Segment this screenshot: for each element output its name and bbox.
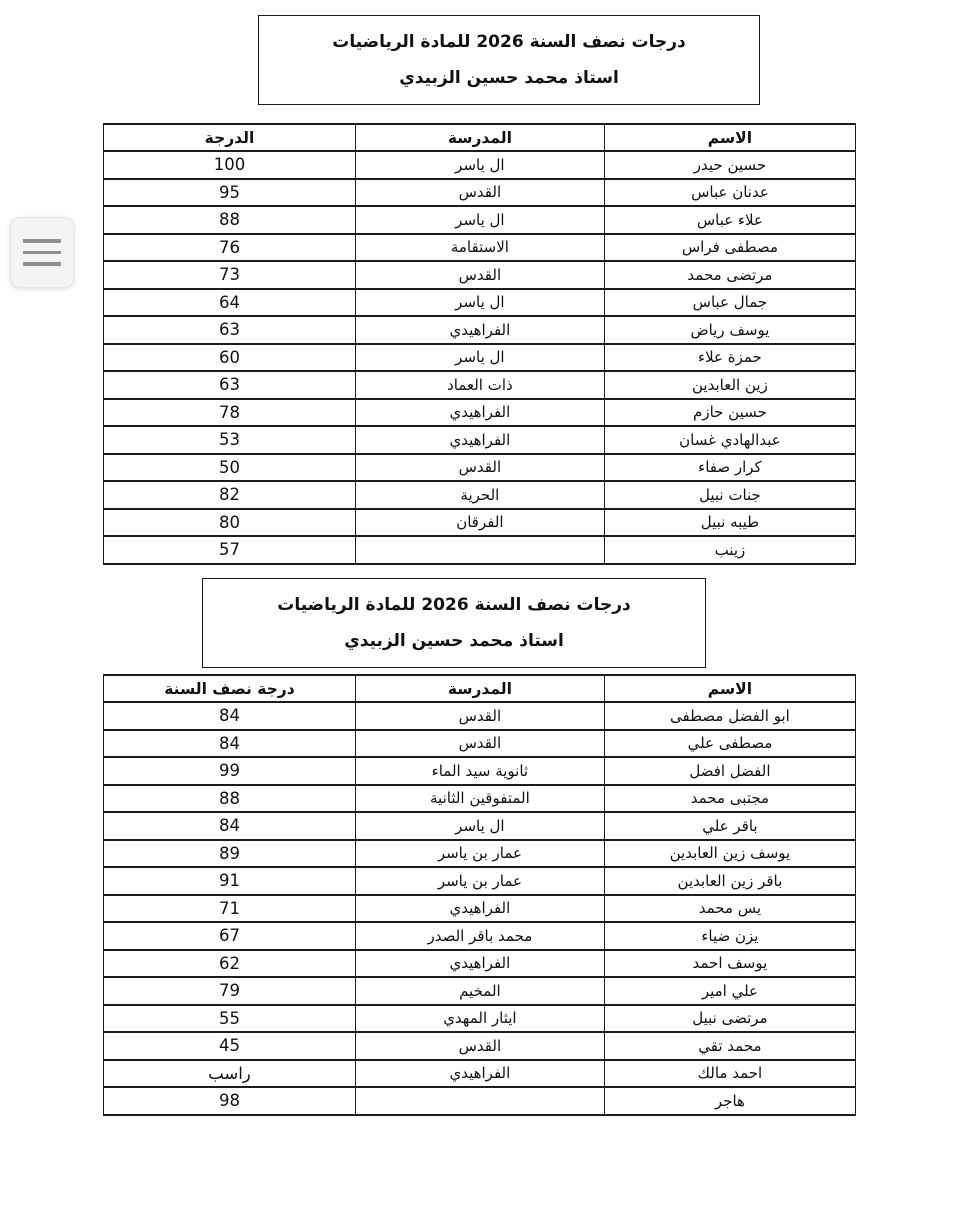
student-name-cell: ابو الفضل مصطفى — [604, 702, 855, 730]
grade-cell: 91 — [104, 867, 356, 895]
table-row: جنات نبيل الحرية 82 — [104, 481, 856, 509]
student-name-cell: حمزة علاء — [604, 344, 855, 372]
grades-table-2: الاسم المدرسة درجة نصف السنة ابو الفضل م… — [103, 674, 856, 1116]
student-name-cell: عبدالهادي غسان — [604, 426, 855, 454]
school-cell: الفراهيدي — [355, 399, 604, 427]
grade-cell: 78 — [104, 399, 356, 427]
school-cell: الفراهيدي — [355, 950, 604, 978]
student-name-cell: حسين حازم — [604, 399, 855, 427]
table-row: جمال عباس ال ياسر 64 — [104, 289, 856, 317]
school-cell — [355, 536, 604, 564]
grade-cell: 57 — [104, 536, 356, 564]
school-cell: القدس — [355, 702, 604, 730]
grade-cell: 73 — [104, 261, 356, 289]
grade-cell: 53 — [104, 426, 356, 454]
school-cell: ثانوية سيد الماء — [355, 757, 604, 785]
grade-cell: 84 — [104, 812, 356, 840]
student-name-cell: عدنان عباس — [604, 179, 855, 207]
student-name-cell: كرار صفاء — [604, 454, 855, 482]
grade-cell: 84 — [104, 730, 356, 758]
table-row: زين العابدين ذات العماد 63 — [104, 371, 856, 399]
table-row: علي امير المخيم 79 — [104, 977, 856, 1005]
table-row: مصطفى علي القدس 84 — [104, 730, 856, 758]
grade-cell: 82 — [104, 481, 356, 509]
grade-cell: 50 — [104, 454, 356, 482]
school-cell: الفراهيدي — [355, 426, 604, 454]
table-row: يس محمد الفراهيدي 71 — [104, 895, 856, 923]
grade-cell: 63 — [104, 371, 356, 399]
school-cell: ال ياسر — [355, 812, 604, 840]
table-row: يوسف احمد الفراهيدي 62 — [104, 950, 856, 978]
school-cell — [355, 1087, 604, 1115]
table-row: حمزة علاء ال ياسر 60 — [104, 344, 856, 372]
grade-cell: 84 — [104, 702, 356, 730]
school-cell: القدس — [355, 1032, 604, 1060]
grade-cell: 71 — [104, 895, 356, 923]
grade-cell: 67 — [104, 922, 356, 950]
table-row: مجتبى محمد المتفوقين الثانية 88 — [104, 785, 856, 813]
hamburger-bar — [23, 262, 61, 266]
student-name-cell: يس محمد — [604, 895, 855, 923]
header-row: الاسم المدرسة درجة نصف السنة — [104, 675, 856, 702]
school-cell: القدس — [355, 454, 604, 482]
grade-cell: 80 — [104, 509, 356, 537]
student-name-cell: زينب — [604, 536, 855, 564]
hamburger-bar — [23, 251, 61, 255]
school-cell: ال ياسر — [355, 151, 604, 179]
table-row: حسين حيدر ال ياسر 100 — [104, 151, 856, 179]
title-box-1: درجات نصف السنة 2026 للمادة الرياضيات اس… — [258, 15, 760, 105]
table-row: يزن ضياء محمد باقر الصدر 67 — [104, 922, 856, 950]
document-title: درجات نصف السنة 2026 للمادة الرياضيات — [277, 595, 631, 615]
student-name-cell: مرتضى نبيل — [604, 1005, 855, 1033]
table-row: مصطفى فراس الاستقامة 76 — [104, 234, 856, 262]
school-cell: محمد باقر الصدر — [355, 922, 604, 950]
student-name-cell: حسين حيدر — [604, 151, 855, 179]
student-name-cell: يزن ضياء — [604, 922, 855, 950]
table-row: يوسف رياض الفراهيدي 63 — [104, 316, 856, 344]
school-cell: القدس — [355, 261, 604, 289]
table-row: ابو الفضل مصطفى القدس 84 — [104, 702, 856, 730]
school-cell: الحرية — [355, 481, 604, 509]
student-name-cell: مجتبى محمد — [604, 785, 855, 813]
school-cell: ايثار المهدي — [355, 1005, 604, 1033]
grade-cell: 98 — [104, 1087, 356, 1115]
table-row: عبدالهادي غسان الفراهيدي 53 — [104, 426, 856, 454]
student-name-cell: مصطفى فراس — [604, 234, 855, 262]
table-row: طيبه نبيل الفرقان 80 — [104, 509, 856, 537]
grade-cell: 95 — [104, 179, 356, 207]
student-name-cell: يوسف زين العابدين — [604, 840, 855, 868]
column-header-name: الاسم — [604, 124, 855, 151]
school-cell: عمار بن ياسر — [355, 867, 604, 895]
student-name-cell: طيبه نبيل — [604, 509, 855, 537]
school-cell: الفراهيدي — [355, 1060, 604, 1088]
school-cell: الفراهيدي — [355, 895, 604, 923]
column-header-name: الاسم — [604, 675, 855, 702]
table-row: علاء عباس ال ياسر 88 — [104, 206, 856, 234]
student-name-cell: علاء عباس — [604, 206, 855, 234]
table-row: مرتضى محمد القدس 73 — [104, 261, 856, 289]
grade-cell: 89 — [104, 840, 356, 868]
student-name-cell: باقر زين العابدين — [604, 867, 855, 895]
school-cell: الفراهيدي — [355, 316, 604, 344]
document-page: درجات نصف السنة 2026 للمادة الرياضيات اس… — [0, 0, 960, 1219]
student-name-cell: مصطفى علي — [604, 730, 855, 758]
grade-cell: 62 — [104, 950, 356, 978]
school-cell: المخيم — [355, 977, 604, 1005]
table-row: يوسف زين العابدين عمار بن ياسر 89 — [104, 840, 856, 868]
student-name-cell: يوسف رياض — [604, 316, 855, 344]
table-row: باقر زين العابدين عمار بن ياسر 91 — [104, 867, 856, 895]
table-row: الفضل افضل ثانوية سيد الماء 99 — [104, 757, 856, 785]
teacher-name: استاذ محمد حسين الزبيدي — [344, 631, 564, 651]
grade-cell: 88 — [104, 785, 356, 813]
column-header-school: المدرسة — [355, 124, 604, 151]
student-name-cell: الفضل افضل — [604, 757, 855, 785]
school-cell: القدس — [355, 730, 604, 758]
table-row: زينب 57 — [104, 536, 856, 564]
title-box-2: درجات نصف السنة 2026 للمادة الرياضيات اس… — [202, 578, 706, 668]
student-name-cell: محمد تقي — [604, 1032, 855, 1060]
table-row: عدنان عباس القدس 95 — [104, 179, 856, 207]
table-row: محمد تقي القدس 45 — [104, 1032, 856, 1060]
school-cell: عمار بن ياسر — [355, 840, 604, 868]
school-cell: ال ياسر — [355, 206, 604, 234]
grade-cell: 55 — [104, 1005, 356, 1033]
school-cell: القدس — [355, 179, 604, 207]
student-name-cell: زين العابدين — [604, 371, 855, 399]
grade-cell: 79 — [104, 977, 356, 1005]
student-name-cell: احمد مالك — [604, 1060, 855, 1088]
student-name-cell: هاجر — [604, 1087, 855, 1115]
school-cell: ال ياسر — [355, 289, 604, 317]
grade-cell: 76 — [104, 234, 356, 262]
column-header-grade: الدرجة — [104, 124, 356, 151]
table-row: هاجر 98 — [104, 1087, 856, 1115]
table-row: مرتضى نبيل ايثار المهدي 55 — [104, 1005, 856, 1033]
table-row: كرار صفاء القدس 50 — [104, 454, 856, 482]
school-cell: ال ياسر — [355, 344, 604, 372]
school-cell: الفرقان — [355, 509, 604, 537]
hamburger-bar — [23, 239, 61, 243]
menu-button[interactable] — [10, 217, 74, 288]
grade-cell: 99 — [104, 757, 356, 785]
grade-cell: 45 — [104, 1032, 356, 1060]
document-title: درجات نصف السنة 2026 للمادة الرياضيات — [332, 32, 686, 52]
hamburger-menu-icon — [23, 239, 61, 266]
student-name-cell: مرتضى محمد — [604, 261, 855, 289]
table-row: باقر علي ال ياسر 84 — [104, 812, 856, 840]
column-header-school: المدرسة — [355, 675, 604, 702]
student-name-cell: يوسف احمد — [604, 950, 855, 978]
teacher-name: استاذ محمد حسين الزبيدي — [399, 68, 619, 88]
student-name-cell: علي امير — [604, 977, 855, 1005]
column-header-grade: درجة نصف السنة — [104, 675, 356, 702]
grade-cell: راسب — [104, 1060, 356, 1088]
grade-cell: 64 — [104, 289, 356, 317]
student-name-cell: جنات نبيل — [604, 481, 855, 509]
school-cell: الاستقامة — [355, 234, 604, 262]
student-name-cell: جمال عباس — [604, 289, 855, 317]
header-row: الاسم المدرسة الدرجة — [104, 124, 856, 151]
student-name-cell: باقر علي — [604, 812, 855, 840]
table-row: احمد مالك الفراهيدي راسب — [104, 1060, 856, 1088]
school-cell: ذات العماد — [355, 371, 604, 399]
grade-cell: 60 — [104, 344, 356, 372]
grade-cell: 100 — [104, 151, 356, 179]
school-cell: المتفوقين الثانية — [355, 785, 604, 813]
table-row: حسين حازم الفراهيدي 78 — [104, 399, 856, 427]
grade-cell: 88 — [104, 206, 356, 234]
grades-table-1: الاسم المدرسة الدرجة حسين حيدر ال ياسر 1… — [103, 123, 856, 565]
grade-cell: 63 — [104, 316, 356, 344]
